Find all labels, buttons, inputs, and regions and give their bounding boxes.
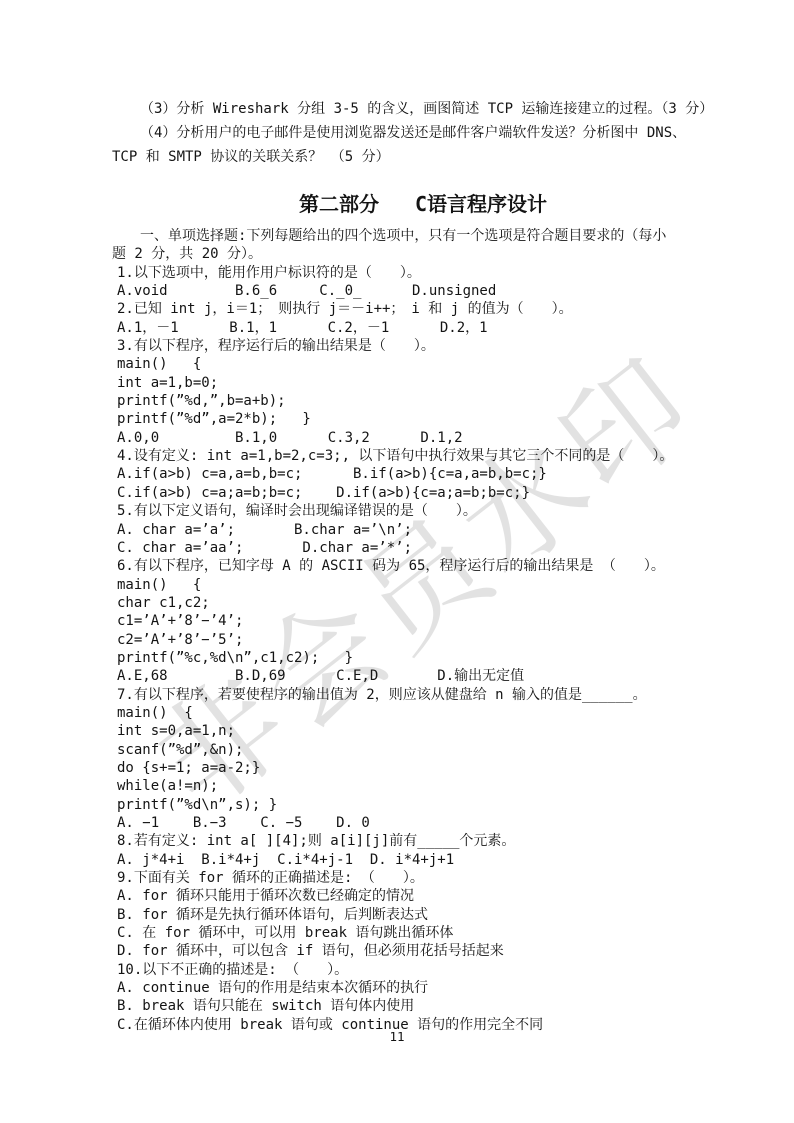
text-line: C.if(a>b) c=a;a=b;b=c; D.if(a>b){c=a;a=b… (112, 484, 734, 502)
text-line: （4）分析用户的电子邮件是使用浏览器发送还是邮件客户端软件发送？分析图中 DNS… (112, 121, 734, 145)
text-line: 3.有以下程序，程序运行后的输出结果是（ ）。 (112, 337, 734, 355)
text-line: char c1,c2; (112, 594, 734, 612)
text-line: 一、单项选择题:下列每题给出的四个选项中，只有一个选项是符合题目要求的（每小 (112, 227, 734, 245)
text-line: c2=’A’+’8’−’5’; (112, 631, 734, 649)
text-line: A. j*4+i B.i*4+j C.i*4+j-1 D. i*4+j+1 (112, 851, 734, 869)
text-line: A. for 循环只能用于循环次数已经确定的情况 (112, 887, 734, 905)
text-line: A.0,0 B.1,0 C.3,2 D.1,2 (112, 429, 734, 447)
text-line: 8.若有定义: int a[ ][4];则 a[i][j]前有_____个元素。 (112, 832, 734, 850)
text-line: printf(”%d\n”,s); } (112, 796, 734, 814)
text-line: 7.有以下程序，若要使程序的输出值为 2，则应该从健盘给 n 输入的值是____… (112, 686, 734, 704)
section-heading: 第二部分 C语言程序设计 (112, 191, 734, 217)
text-line: printf(”%d”,a=2*b); } (112, 410, 734, 428)
text-line: A.void B.6_6 C._0_ D.unsigned (112, 282, 734, 300)
text-line: C. char a=’aa’; D.char a=’*’; (112, 539, 734, 557)
text-line: 9.下面有关 for 循环的正确描述是: （ ）。 (112, 869, 734, 887)
text-line: C. 在 for 循环中，可以用 break 语句跳出循环体 (112, 924, 734, 942)
text-line: B. for 循环是先执行循环体语句，后判断表达式 (112, 906, 734, 924)
text-line: printf(”%c,%d\n”,c1,c2); } (112, 649, 734, 667)
text-line: 1.以下选项中，能用作用户标识符的是（ ）。 (112, 264, 734, 282)
part1-followup-questions: （3）分析 Wireshark 分组 3-5 的含义，画图简述 TCP 运输连接… (112, 0, 734, 169)
text-line: A.if(a>b) c=a,a=b,b=c; B.if(a>b){c=a,a=b… (112, 465, 734, 483)
text-line: c1=’A’+’8’−’4’; (112, 612, 734, 630)
text-line: A. char a=’a’; B.char a=’\n’; (112, 521, 734, 539)
text-line: main() { (112, 355, 734, 373)
text-line: 10.以下不正确的描述是: （ ）。 (112, 961, 734, 979)
section-title: C语言程序设计 (415, 191, 547, 217)
section-part-label: 第二部分 (299, 191, 379, 217)
text-line: A.1，－1 B.1，1 C.2，－1 D.2，1 (112, 319, 734, 337)
page-number: 11 (0, 1029, 794, 1044)
text-line: 2.已知 int j，i＝1； 则执行 j＝－i++； i 和 j 的值为（ ）… (112, 300, 734, 318)
text-line: 4.设有定义: int a=1,b=2,c=3;, 以下语句中执行效果与其它三个… (112, 447, 734, 465)
text-line: 5.有以下定义语句，编译时会出现编译错误的是（ ）。 (112, 502, 734, 520)
text-line: while(a!=n); (112, 777, 734, 795)
text-line: printf(”%d,”,b=a+b); (112, 392, 734, 410)
text-line: main() { (112, 704, 734, 722)
text-line: B. break 语句只能在 switch 语句体内使用 (112, 997, 734, 1015)
text-line: scanf(”%d”,&n); (112, 741, 734, 759)
text-line: int s=0,a=1,n; (112, 722, 734, 740)
question-list: 一、单项选择题:下列每题给出的四个选项中，只有一个选项是符合题目要求的（每小题 … (112, 227, 734, 1034)
text-line: 6.有以下程序，已知字母 A 的 ASCII 码为 65，程序运行后的输出结果是… (112, 557, 734, 575)
text-line: TCP 和 SMTP 协议的关联关系？ （5 分） (112, 145, 734, 169)
text-line: main() { (112, 576, 734, 594)
text-line: int a=1,b=0; (112, 374, 734, 392)
page-content: （3）分析 Wireshark 分组 3-5 的含义，画图简述 TCP 运输连接… (112, 0, 734, 1034)
text-line: A. continue 语句的作用是结束本次循环的执行 (112, 979, 734, 997)
text-line: do {s+=1; a=a-2;} (112, 759, 734, 777)
document-page: 非会员水印 （3）分析 Wireshark 分组 3-5 的含义，画图简述 TC… (0, 0, 794, 1123)
text-line: 题 2 分，共 20 分）。 (112, 245, 734, 263)
text-line: D. for 循环中，可以包含 if 语句，但必须用花括号括起来 (112, 942, 734, 960)
text-line: （3）分析 Wireshark 分组 3-5 的含义，画图简述 TCP 运输连接… (112, 97, 734, 121)
text-line: A.E,68 B.D,69 C.E,D D.输出无定值 (112, 667, 734, 685)
text-line: A. −1 B.−3 C. −5 D. 0 (112, 814, 734, 832)
